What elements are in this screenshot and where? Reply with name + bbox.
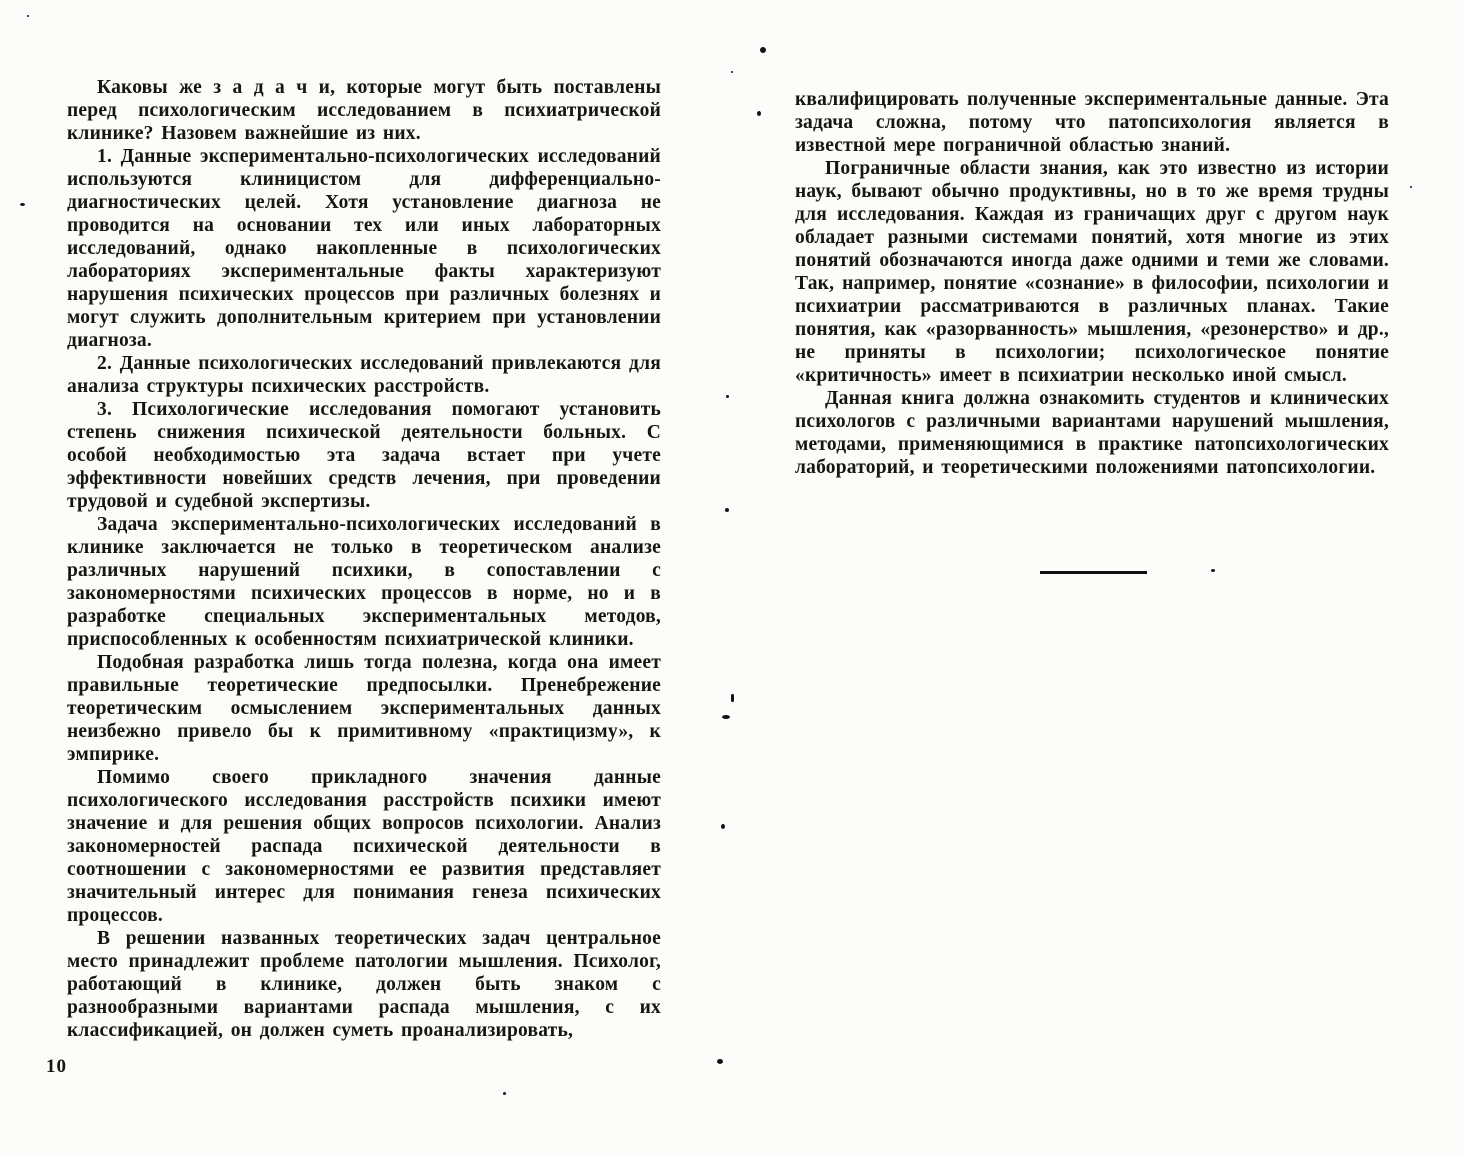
scan-speck <box>1211 569 1215 572</box>
paragraph: В решении названных теоретических задач … <box>67 927 661 1042</box>
paragraph: Данная книга должна ознакомить студентов… <box>795 387 1389 479</box>
scan-speck <box>717 1059 723 1064</box>
paragraph: Каковы же з а д а ч и, которые могут быт… <box>67 76 661 145</box>
scan-speck <box>722 715 730 719</box>
scan-speck <box>721 824 725 829</box>
scanned-book-page: Каковы же з а д а ч и, которые могут быт… <box>0 0 1463 1158</box>
paragraph: Пограничные области знания, как это изве… <box>795 157 1389 387</box>
scan-speck <box>731 694 734 702</box>
paragraph: Задача экспериментально-психологических … <box>67 513 661 651</box>
paragraph-continuation: квалифицировать полученные экспериментал… <box>795 88 1389 157</box>
scan-speck <box>731 71 733 73</box>
paragraph: 3. Психологические исследования помогают… <box>67 398 661 513</box>
section-divider-rule <box>1040 571 1147 574</box>
paragraph: Подобная разработка лишь тогда полезна, … <box>67 651 661 766</box>
page-number: 10 <box>46 1056 67 1078</box>
paragraph: 2. Данные психологических исследований п… <box>67 352 661 398</box>
scan-speck <box>760 47 766 53</box>
scan-speck <box>757 111 761 116</box>
scan-speck <box>27 15 29 17</box>
scan-speck <box>503 1092 506 1095</box>
paragraph: 1. Данные экспериментально-психологическ… <box>67 145 661 352</box>
right-column: квалифицировать полученные экспериментал… <box>795 88 1389 479</box>
scan-speck <box>725 508 729 512</box>
paragraph: Помимо своего прикладного значения данны… <box>67 766 661 927</box>
scan-speck <box>20 203 25 206</box>
left-column: Каковы же з а д а ч и, которые могут быт… <box>67 76 661 1042</box>
scan-speck <box>726 395 729 398</box>
scan-speck <box>1410 186 1412 188</box>
